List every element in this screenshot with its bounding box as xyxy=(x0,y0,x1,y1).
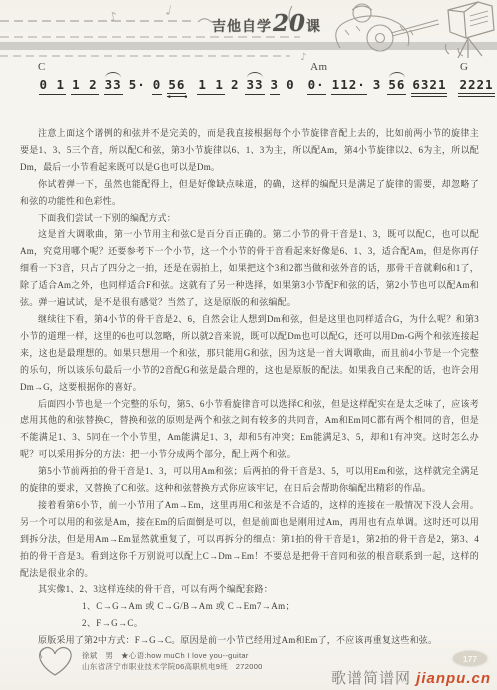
heart-icon xyxy=(34,644,76,678)
note-group: 2221 xyxy=(458,77,494,97)
svg-text:♪: ♪ xyxy=(108,10,119,26)
note-group: 0 1 xyxy=(39,77,67,95)
owner-info: 徐斌 男 ★心语:how muCh I love you--guitar 山东省… xyxy=(82,650,263,672)
chord-label: C xyxy=(38,61,46,73)
body-paragraph: 接着看第6小节，前一小节用了Am→Em，这里再用C和弦是不合适的，这样的连接在一… xyxy=(20,497,479,582)
book-page: ♪ ♩ ♪ 吉 xyxy=(0,0,497,690)
note-group: 33 xyxy=(245,77,264,95)
note-group: 3 xyxy=(372,77,383,94)
note-group: 0 xyxy=(152,77,163,95)
body-paragraph: 其实像1、2、3这样连续的骨干音，可以有两个编配套路： xyxy=(20,581,479,598)
body-paragraph: 下面我们尝试一下别的编配方式： xyxy=(20,210,479,227)
note-group: 33 xyxy=(104,77,123,95)
chord-formula-line: 2、F→G→C。 xyxy=(82,615,479,632)
chord-formula-line: 1、C→G→Am 或 C→G/B→Am 或 C→Em7→Am； xyxy=(82,598,479,615)
chord-label: Am xyxy=(310,61,328,73)
note-group: 56 xyxy=(387,77,406,95)
measure: Am0·112·3566321 xyxy=(304,75,450,97)
body-paragraph: 你试着弹一下，虽然也能配得上，但是好像缺点味道，的确，这样的编配只是满足了旋律的… xyxy=(20,176,479,210)
body-paragraph: 第5小节前两拍的骨干音是1、3，可以用Am和弦；后两拍的骨干音是3、5，可以用E… xyxy=(20,463,479,497)
svg-text:♪: ♪ xyxy=(300,52,306,62)
body-paragraph: 这是首大调歌曲，第一小节用主和弦C是百分百正确的。第二小节的骨干音是1、3，既可… xyxy=(20,226,479,311)
note-group: 0· xyxy=(307,77,326,95)
measure: 1 123330 xyxy=(195,75,298,95)
body-paragraph: 后面四小节也是一个完整的乐句，第5、6小节看旋律音可以选择C和弦，但是这样配实在… xyxy=(20,396,479,464)
svg-text:♩: ♩ xyxy=(164,3,172,19)
note-group: 56∙ ∙ xyxy=(167,77,186,97)
measure: G222133225616∙ ∙ ∙ xyxy=(456,75,497,97)
owner-line2: 山东省济宁市职业技术学院06高职机电9班 272000 xyxy=(82,661,263,672)
page-footer: 徐斌 男 ★心语:how muCh I love you--guitar 山东省… xyxy=(0,632,497,690)
page-header: ♪ ♩ ♪ 吉 xyxy=(0,0,497,56)
owner-line1: 徐斌 男 ★心语:how muCh I love you--guitar xyxy=(82,650,263,661)
note-group: 2 xyxy=(230,77,241,94)
watermark: 歌谱简谱网 jianpu.cn xyxy=(331,667,491,688)
note-group: 1 2 xyxy=(71,77,99,95)
title-number: 20 xyxy=(273,12,305,35)
owner-stamp: 徐斌 男 ★心语:how muCh I love you--guitar 山东省… xyxy=(34,644,263,678)
octave-dots: ∙ ∙ xyxy=(167,94,186,101)
text-column: 注意上面这个谱例的和弦并不是完美的，而是我直接根据每个小节旋律音配上去的，比如前… xyxy=(0,123,497,649)
music-book-doodle xyxy=(448,2,494,58)
body-paragraph: 注意上面这个谱例的和弦并不是完美的，而是我直接根据每个小节旋律音配上去的，比如前… xyxy=(20,125,479,176)
page-number-badge: 177 xyxy=(453,651,487,666)
note-group: 6321 xyxy=(411,77,447,97)
chord-label: G xyxy=(460,61,468,73)
watermark-site-name: 歌谱简谱网 xyxy=(331,670,416,687)
title-prefix: 吉他自学 xyxy=(212,16,272,36)
note-group: 0 xyxy=(285,77,296,94)
note-group: 5· xyxy=(128,77,147,94)
notation-line: C0 11 2335·056∙ ∙1 123330Am0·112·3566321… xyxy=(36,75,487,97)
measure: C0 11 2335·056∙ ∙ xyxy=(36,75,189,97)
watermark-domain: jianpu.cn xyxy=(416,670,491,687)
page-title: 吉他自学 20 课 xyxy=(212,12,321,36)
note-group: 112· xyxy=(331,77,367,95)
note-group: 1 1 xyxy=(197,77,225,95)
body-paragraph: 继续往下看，第4小节的骨干音是2、6，自然会让人想到Dm和弦，但是这里也同样适合… xyxy=(20,311,479,396)
note-group: 3 xyxy=(270,77,281,95)
notation-section: C0 11 2335·056∙ ∙1 123330Am0·112·3566321… xyxy=(36,60,487,115)
title-suffix: 课 xyxy=(306,16,321,36)
